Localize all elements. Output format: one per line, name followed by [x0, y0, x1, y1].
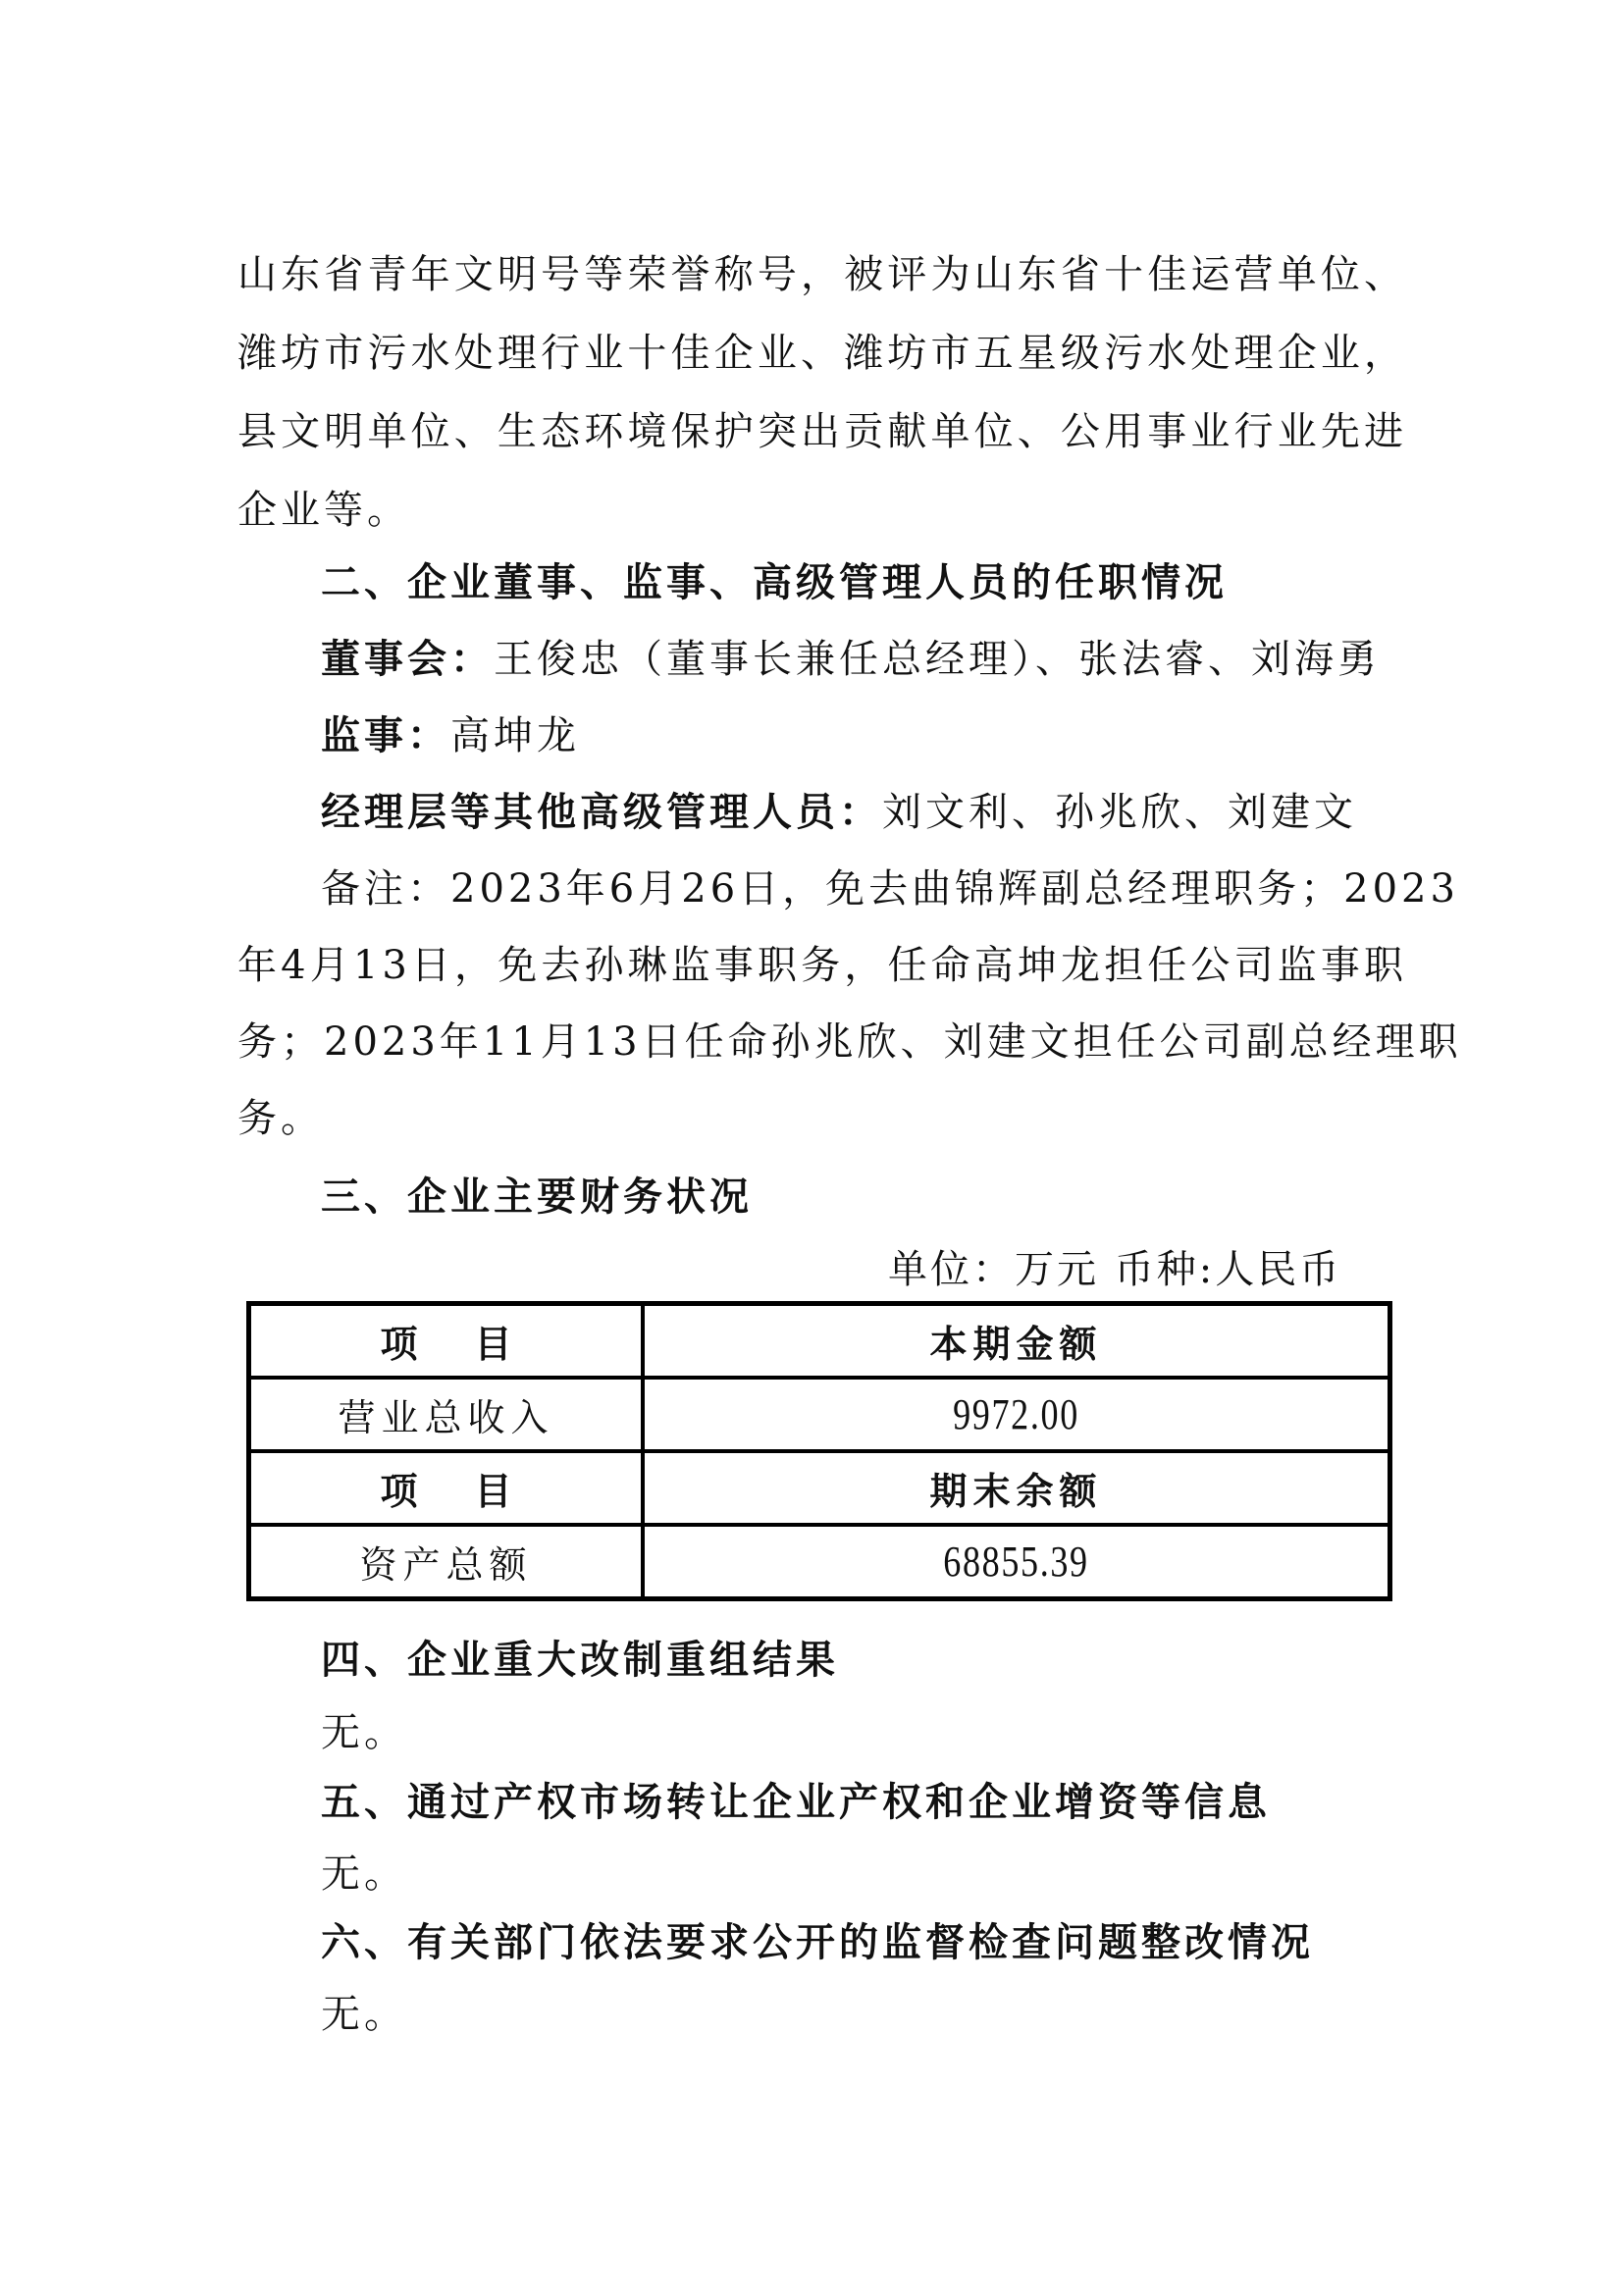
supervisor-label: 监事：: [321, 713, 450, 758]
section6-body: 无。: [321, 1993, 407, 2036]
table-row: 资产总额 68855.39: [249, 1525, 1390, 1599]
intro-line-3: 县文明单位、生态环境保护突出贡献单位、公用事业行业先进: [237, 410, 1407, 453]
total-assets-value: 68855.39: [943, 1537, 1088, 1587]
board-line: 董事会：王俊忠（董事长兼任总经理）、张法睿、刘海勇: [321, 638, 1381, 681]
table-cell-value: 68855.39: [643, 1525, 1390, 1599]
board-value: 王俊忠（董事长兼任总经理）、张法睿、刘海勇: [494, 637, 1381, 682]
section6-heading: 六、有关部门依法要求公开的监督检查问题整改情况: [321, 1921, 1314, 1964]
supervisor-value: 高坤龙: [450, 713, 580, 758]
table-cell-label: 资产总额: [249, 1525, 644, 1599]
intro-line-1: 山东省青年文明号等荣誉称号，被评为山东省十佳运营单位、: [237, 253, 1407, 296]
unit-currency-label: 单位：万元 币种:人民币: [888, 1248, 1341, 1291]
table-header-item: 项目: [249, 1304, 644, 1379]
note-line-4: 务。: [237, 1097, 324, 1140]
note-line-2: 年4月13日，免去孙琳监事职务，任命高坤龙担任公司监事职: [237, 944, 1407, 987]
section5-body: 无。: [321, 1852, 407, 1896]
managers-line: 经理层等其他高级管理人员：刘文利、孙兆欣、刘建文: [321, 791, 1357, 834]
note-line-1: 备注：2023年6月26日，免去曲锦辉副总经理职务；2023: [321, 867, 1405, 911]
section2-heading: 二、企业董事、监事、高级管理人员的任职情况: [321, 561, 1228, 604]
managers-value: 刘文利、孙兆欣、刘建文: [882, 790, 1357, 835]
board-label: 董事会：: [321, 637, 494, 682]
section4-heading: 四、企业重大改制重组结果: [321, 1639, 839, 1682]
revenue-value: 9972.00: [953, 1389, 1079, 1439]
table-header-current-amount: 本期金额: [643, 1304, 1390, 1379]
intro-line-4: 企业等。: [237, 489, 410, 532]
financial-table: 项目 本期金额 营业总收入 9972.00 项目 期末余额 资产总额 68855…: [246, 1301, 1392, 1601]
table-cell-value: 9972.00: [643, 1378, 1390, 1451]
table-header-row: 项目 期末余额: [249, 1451, 1390, 1525]
intro-line-2: 潍坊市污水处理行业十佳企业、潍坊市五星级污水处理企业，: [237, 332, 1407, 375]
note-line-3: 务；2023年11月13日任命孙兆欣、刘建文担任公司副总经理职: [237, 1020, 1407, 1064]
supervisor-line: 监事：高坤龙: [321, 714, 580, 757]
table-header-row: 项目 本期金额: [249, 1304, 1390, 1379]
table-header-ending-balance: 期末余额: [643, 1451, 1390, 1525]
section4-body: 无。: [321, 1711, 407, 1754]
managers-label: 经理层等其他高级管理人员：: [321, 790, 882, 835]
document-page: 山东省青年文明号等荣誉称号，被评为山东省十佳运营单位、 潍坊市污水处理行业十佳企…: [0, 0, 1624, 2295]
section3-heading: 三、企业主要财务状况: [321, 1175, 753, 1219]
table-row: 营业总收入 9972.00: [249, 1378, 1390, 1451]
table-cell-label: 营业总收入: [249, 1378, 644, 1451]
section5-heading: 五、通过产权市场转让企业产权和企业增资等信息: [321, 1781, 1271, 1824]
table-header-item: 项目: [249, 1451, 644, 1525]
